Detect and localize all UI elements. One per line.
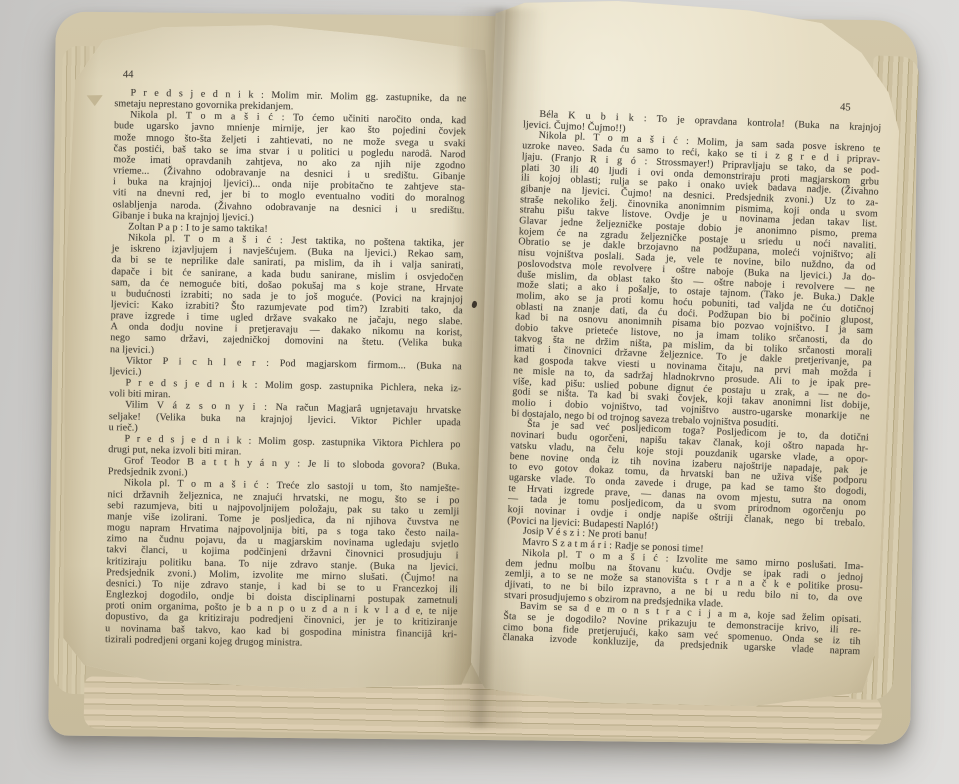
left-page: 44 P r e d s j e d n i k : Molim mir. Mo… [58, 20, 490, 691]
photo-background: 44 P r e d s j e d n i k : Molim mir. Mo… [0, 0, 959, 784]
page-number-right: 45 [840, 102, 851, 113]
page-number-left: 44 [123, 69, 134, 80]
right-page-text: Béla K u b i k : To je opravdana kontrol… [502, 109, 881, 658]
left-page-text: P r e d s j e d n i k : Molim mir. Molim… [105, 87, 467, 651]
open-book: 44 P r e d s j e d n i k : Molim mir. Mo… [0, 0, 959, 784]
